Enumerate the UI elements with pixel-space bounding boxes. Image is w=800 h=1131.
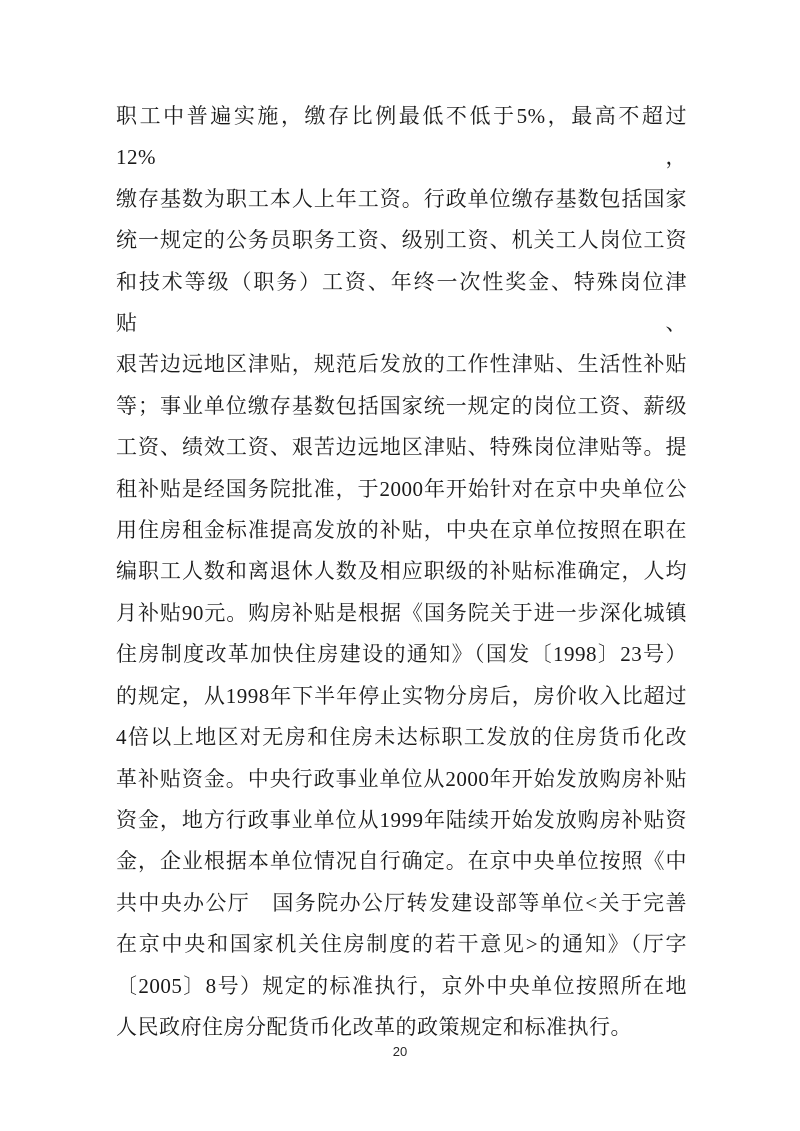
- paragraph-line: 和技术等级（职务）工资、年终一次性奖金、特殊岗位津贴、: [116, 262, 687, 345]
- document-page: 职工中普遍实施，缴存比例最低不低于5%，最高不超过12%， 缴存基数为职工本人上…: [0, 0, 800, 1131]
- paragraph-line: 租补贴是经国务院批准，于2000年开始针对在京中央单位公: [116, 469, 687, 510]
- paragraph-line: 革补贴资金。中央行政事业单位从2000年开始发放购房补贴: [116, 759, 687, 800]
- paragraph-line: 住房制度改革加快住房建设的通知》（国发〔1998〕23号）: [116, 634, 687, 675]
- paragraph-line: 工资、绩效工资、艰苦边远地区津贴、特殊岗位津贴等。提: [116, 427, 687, 468]
- paragraph-line: 〔2005〕8号）规定的标准执行，京外中央单位按照所在地: [116, 966, 687, 1007]
- paragraph-line: 4倍以上地区对无房和住房未达标职工发放的住房货币化改: [116, 717, 687, 758]
- paragraph-line: 用住房租金标准提高发放的补贴，中央在京单位按照在职在: [116, 510, 687, 551]
- paragraph-line: 统一规定的公务员职务工资、级别工资、机关工人岗位工资: [116, 220, 687, 261]
- paragraph-line: 编职工人数和离退休人数及相应职级的补贴标准确定，人均: [116, 551, 687, 592]
- paragraph-line: 职工中普遍实施，缴存比例最低不低于5%，最高不超过12%，: [116, 96, 687, 179]
- paragraph-line: 缴存基数为职工本人上年工资。行政单位缴存基数包括国家: [116, 179, 687, 220]
- paragraph: 职工中普遍实施，缴存比例最低不低于5%，最高不超过12%， 缴存基数为职工本人上…: [116, 96, 687, 1048]
- paragraph-line: 的规定，从1998年下半年停止实物分房后，房价收入比超过: [116, 676, 687, 717]
- paragraph-line: 月补贴90元。购房补贴是根据《国务院关于进一步深化城镇: [116, 593, 687, 634]
- page-number: 20: [0, 1044, 800, 1059]
- paragraph-line: 共中央办公厅 国务院办公厅转发建设部等单位<关于完善: [116, 883, 687, 924]
- paragraph-line: 资金，地方行政事业单位从1999年陆续开始发放购房补贴资: [116, 800, 687, 841]
- paragraph-line: 在京中央和国家机关住房制度的若干意见>的通知》（厅字: [116, 924, 687, 965]
- paragraph-line: 等；事业单位缴存基数包括国家统一规定的岗位工资、薪级: [116, 386, 687, 427]
- paragraph-line: 金，企业根据本单位情况自行确定。在京中央单位按照《中: [116, 841, 687, 882]
- paragraph-line: 艰苦边远地区津贴，规范后发放的工作性津贴、生活性补贴: [116, 344, 687, 385]
- paragraph-line: 人民政府住房分配货币化改革的政策规定和标准执行。: [116, 1007, 687, 1048]
